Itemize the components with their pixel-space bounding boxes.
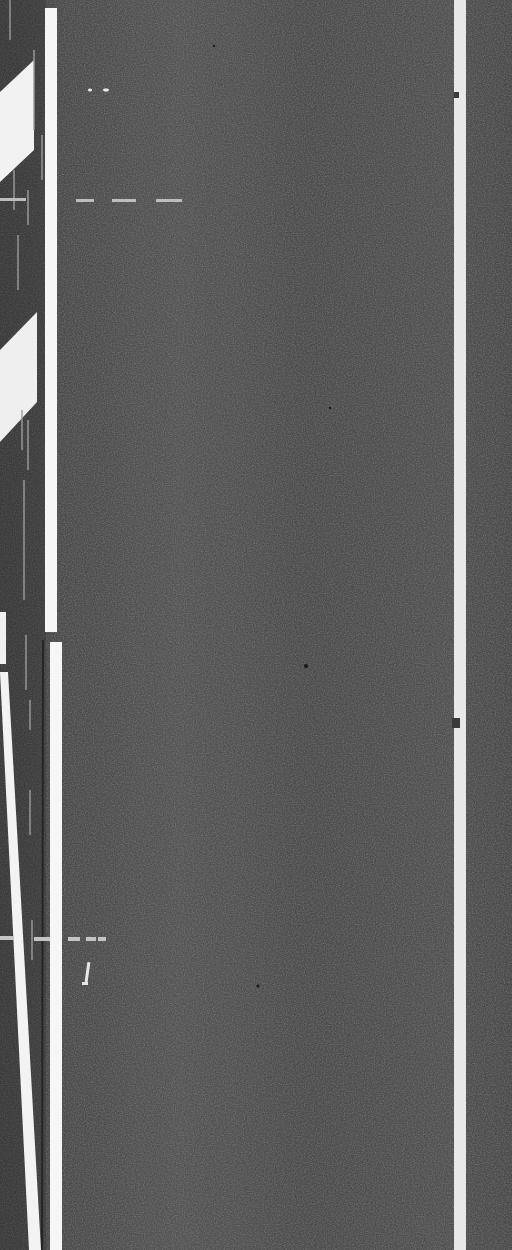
diverging-line-stub	[0, 612, 6, 664]
left-edge-line-upper	[45, 8, 57, 632]
road-surface	[0, 0, 512, 1250]
left-edge-line-lower	[50, 642, 62, 1250]
right-edge-line	[454, 0, 466, 1250]
pavement-seam	[42, 640, 43, 1250]
road-aerial-image	[0, 0, 512, 1250]
asphalt-grain	[0, 0, 512, 1250]
